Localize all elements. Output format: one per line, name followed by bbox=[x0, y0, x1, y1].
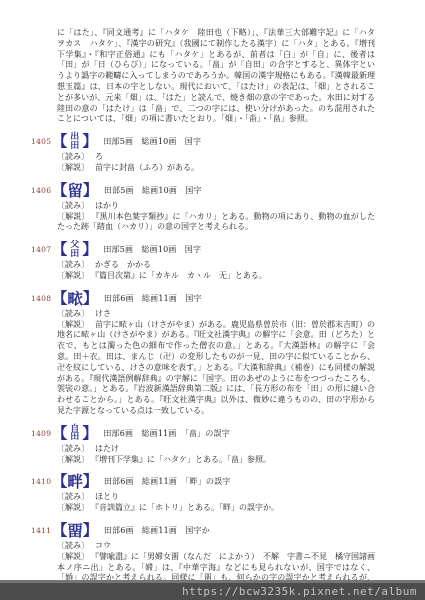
entry-head: 1411 【 畱 】 田部6画 総画11画 国字か bbox=[31, 520, 377, 541]
yomi-label: 〔読み〕 bbox=[57, 152, 89, 161]
yomi-value: けさ bbox=[95, 309, 111, 318]
bracket-open: 【 bbox=[52, 133, 67, 150]
bracket-close: 】 bbox=[82, 241, 97, 258]
continuation-paragraph: に「はた」、『同文通考』に「ハタケ 陸田也（下略）」、『法華三大部難字記』に「ハ… bbox=[57, 28, 375, 125]
kaisetsu-label: 〔解説〕 bbox=[57, 552, 89, 561]
yomi-value: コウ bbox=[95, 541, 111, 550]
kaisetsu-label: 〔解説〕 bbox=[57, 503, 89, 512]
dictionary-entry: 1406 【 留 】 田部5画 総画10画 国字 〔読み〕はかり 〔解説〕『黒川… bbox=[0, 180, 425, 233]
bracket-open: 【 bbox=[52, 290, 67, 307]
bracket-close: 】 bbox=[83, 182, 98, 199]
yomi-value: ろ bbox=[95, 152, 103, 161]
entry-number: 1409 bbox=[31, 429, 51, 438]
bracket-close: 】 bbox=[83, 290, 98, 307]
kaisetsu-label: 〔解説〕 bbox=[57, 320, 89, 329]
kaisetsu-label: 〔解説〕 bbox=[57, 212, 89, 221]
footer-url-bar: https://bcw3235k.pixnet.net/album bbox=[0, 580, 425, 600]
kaisetsu-row: 〔解説〕『篇目次第』に「カキル カヽル 无」とある。 bbox=[57, 271, 375, 282]
yomi-label: 〔読み〕 bbox=[57, 309, 89, 318]
entry-radical-strokes: 田部5画 総画10画 国字 bbox=[103, 136, 201, 147]
yomi-label: 〔読み〕 bbox=[57, 444, 89, 453]
kaisetsu-value: 『黒川本色葉字類抄』に「ハカリ」とある。動物の項にあり、動物の血がしたたった跡「… bbox=[57, 212, 375, 232]
entry-number: 1407 bbox=[31, 245, 51, 254]
entry-kanji-glyph: 留 bbox=[67, 181, 83, 199]
yomi-value: はたけ bbox=[95, 444, 119, 453]
kaisetsu-row: 〔解説〕苗字に封畠（ふろ）がある。 bbox=[57, 163, 375, 174]
kaisetsu-row: 〔解説〕『黒川本色葉字類抄』に「ハカリ」とある。動物の項にあり、動物の血がしたた… bbox=[57, 212, 375, 234]
glyph-bottom-component: 田 bbox=[70, 142, 79, 150]
entry-number: 1410 bbox=[31, 477, 51, 486]
yomi-row: 〔読み〕ほとり bbox=[57, 492, 375, 503]
kaisetsu-value: 『音訓篇立』に「ホトリ」とある。「畔」の誤字か。 bbox=[95, 503, 279, 512]
entry-number: 1411 bbox=[31, 526, 51, 535]
glyph-top-component: 出 bbox=[70, 133, 79, 141]
bracket-open: 【 bbox=[52, 473, 67, 490]
bracket-open: 【 bbox=[52, 522, 67, 539]
entry-head: 1405 【 出田 】 田部5画 総画10画 国字 bbox=[31, 131, 377, 152]
bracket-close: 】 bbox=[82, 133, 97, 150]
entry-radical-strokes: 田部6画 総画11画 国字か bbox=[104, 525, 210, 536]
entry-radical-strokes: 田部5画 総画10画 国字 bbox=[103, 244, 201, 255]
kaisetsu-value: 苗字に封畠（ふろ）がある。 bbox=[95, 163, 199, 172]
entry-radical-strokes: 田部6画 総画11画 「畔」の誤字 bbox=[104, 476, 231, 487]
kaisetsu-row: 〔解説〕苗字に畩ヶ山（けさがやま）がある。鹿児島県曽於市（旧：曽於郡末吉町）の地… bbox=[57, 320, 375, 417]
dictionary-entry: 1408 【 畩 】 田部6画 総画11画 国字 〔読み〕けさ 〔解説〕苗字に畩… bbox=[0, 288, 425, 417]
glyph-bottom-component: 田 bbox=[70, 433, 79, 441]
dictionary-entry: 1407 【 父田 】 田部5画 総画10画 国字 〔読み〕かぎる かかる 〔解… bbox=[0, 239, 425, 282]
footer-url-text: https://bcw3235k.pixnet.net/album bbox=[0, 583, 425, 600]
yomi-row: 〔読み〕コウ bbox=[57, 541, 375, 552]
yomi-value: はかり bbox=[95, 201, 119, 210]
entry-kanji-glyph: 畱 bbox=[67, 521, 83, 539]
entry-radical-strokes: 田部6画 総画11画 国字 bbox=[104, 293, 202, 304]
entry-number: 1406 bbox=[31, 186, 51, 195]
yomi-row: 〔読み〕はたけ bbox=[57, 444, 375, 455]
yomi-row: 〔読み〕けさ bbox=[57, 309, 375, 320]
yomi-row: 〔読み〕はかり bbox=[57, 201, 375, 212]
entry-kanji-glyph: 父田 bbox=[67, 241, 82, 259]
entry-kanji-glyph: 畩 bbox=[67, 289, 83, 307]
dictionary-entry: 1410 【 畔 】 田部6画 総画11画 「畔」の誤字 〔読み〕ほとり 〔解説… bbox=[0, 471, 425, 514]
yomi-row: 〔読み〕ろ bbox=[57, 152, 375, 163]
glyph-top-component: 父 bbox=[70, 241, 79, 249]
kaisetsu-value: 『増刊下学集』に「ハタケ」とある。「畠」参照。 bbox=[95, 455, 271, 464]
entry-kanji-glyph: 畔 bbox=[67, 473, 83, 491]
yomi-label: 〔読み〕 bbox=[57, 260, 89, 269]
entry-head: 1410 【 畔 】 田部6画 総画11画 「畔」の誤字 bbox=[31, 471, 377, 492]
entry-head: 1408 【 畩 】 田部6画 総画11画 国字 bbox=[31, 288, 377, 309]
entry-number: 1408 bbox=[31, 294, 51, 303]
bracket-open: 【 bbox=[52, 425, 67, 442]
entry-kanji-glyph: 自田 bbox=[67, 424, 82, 442]
entry-head: 1407 【 父田 】 田部5画 総画10画 国字 bbox=[31, 239, 377, 260]
entry-number: 1405 bbox=[31, 137, 51, 146]
kaisetsu-value: 苗字に畩ヶ山（けさがやま）がある。鹿児島県曽於市（旧：曽於郡末吉町）の地名に畩ヶ… bbox=[57, 320, 375, 415]
yomi-value: ほとり bbox=[95, 492, 119, 501]
bracket-close: 】 bbox=[83, 522, 98, 539]
bracket-close: 】 bbox=[83, 473, 98, 490]
kaisetsu-row: 〔解説〕『増刊下学集』に「ハタケ」とある。「畠」参照。 bbox=[57, 455, 375, 466]
entry-head: 1409 【 自田 】 田部6画 総画11画 「畠」の誤字 bbox=[31, 423, 377, 444]
bracket-open: 【 bbox=[52, 241, 67, 258]
kaisetsu-row: 〔解説〕『音訓篇立』に「ホトリ」とある。「畔」の誤字か。 bbox=[57, 503, 375, 514]
entries: 1405 【 出田 】 田部5画 総画10画 国字 〔読み〕ろ 〔解説〕苗字に封… bbox=[0, 131, 425, 595]
entry-kanji-glyph: 出田 bbox=[67, 133, 82, 151]
bracket-open: 【 bbox=[52, 182, 67, 199]
kokuji-dictionary-page: に「はた」、『同文通考』に「ハタケ 陸田也（下略）」、『法華三大部難字記』に「ハ… bbox=[0, 0, 425, 600]
yomi-label: 〔読み〕 bbox=[57, 541, 89, 550]
yomi-label: 〔読み〕 bbox=[57, 201, 89, 210]
kaisetsu-label: 〔解説〕 bbox=[57, 271, 89, 280]
yomi-row: 〔読み〕かぎる かかる bbox=[57, 260, 375, 271]
entry-radical-strokes: 田部6画 総画11画 「畠」の誤字 bbox=[103, 428, 230, 439]
kaisetsu-label: 〔解説〕 bbox=[57, 163, 89, 172]
entry-radical-strokes: 田部5画 総画10画 国字 bbox=[104, 185, 202, 196]
bracket-close: 】 bbox=[82, 425, 97, 442]
yomi-value: かぎる かかる bbox=[95, 260, 151, 269]
yomi-label: 〔読み〕 bbox=[57, 492, 89, 501]
entry-head: 1406 【 留 】 田部5画 総画10画 国字 bbox=[31, 180, 377, 201]
kaisetsu-value: 『篇目次第』に「カキル カヽル 无」とある。 bbox=[95, 271, 267, 280]
glyph-bottom-component: 田 bbox=[70, 250, 79, 258]
kaisetsu-label: 〔解説〕 bbox=[57, 455, 89, 464]
dictionary-entry: 1405 【 出田 】 田部5画 総画10画 国字 〔読み〕ろ 〔解説〕苗字に封… bbox=[0, 131, 425, 174]
dictionary-entry: 1409 【 自田 】 田部6画 総画11画 「畠」の誤字 〔読み〕はたけ 〔解… bbox=[0, 423, 425, 466]
